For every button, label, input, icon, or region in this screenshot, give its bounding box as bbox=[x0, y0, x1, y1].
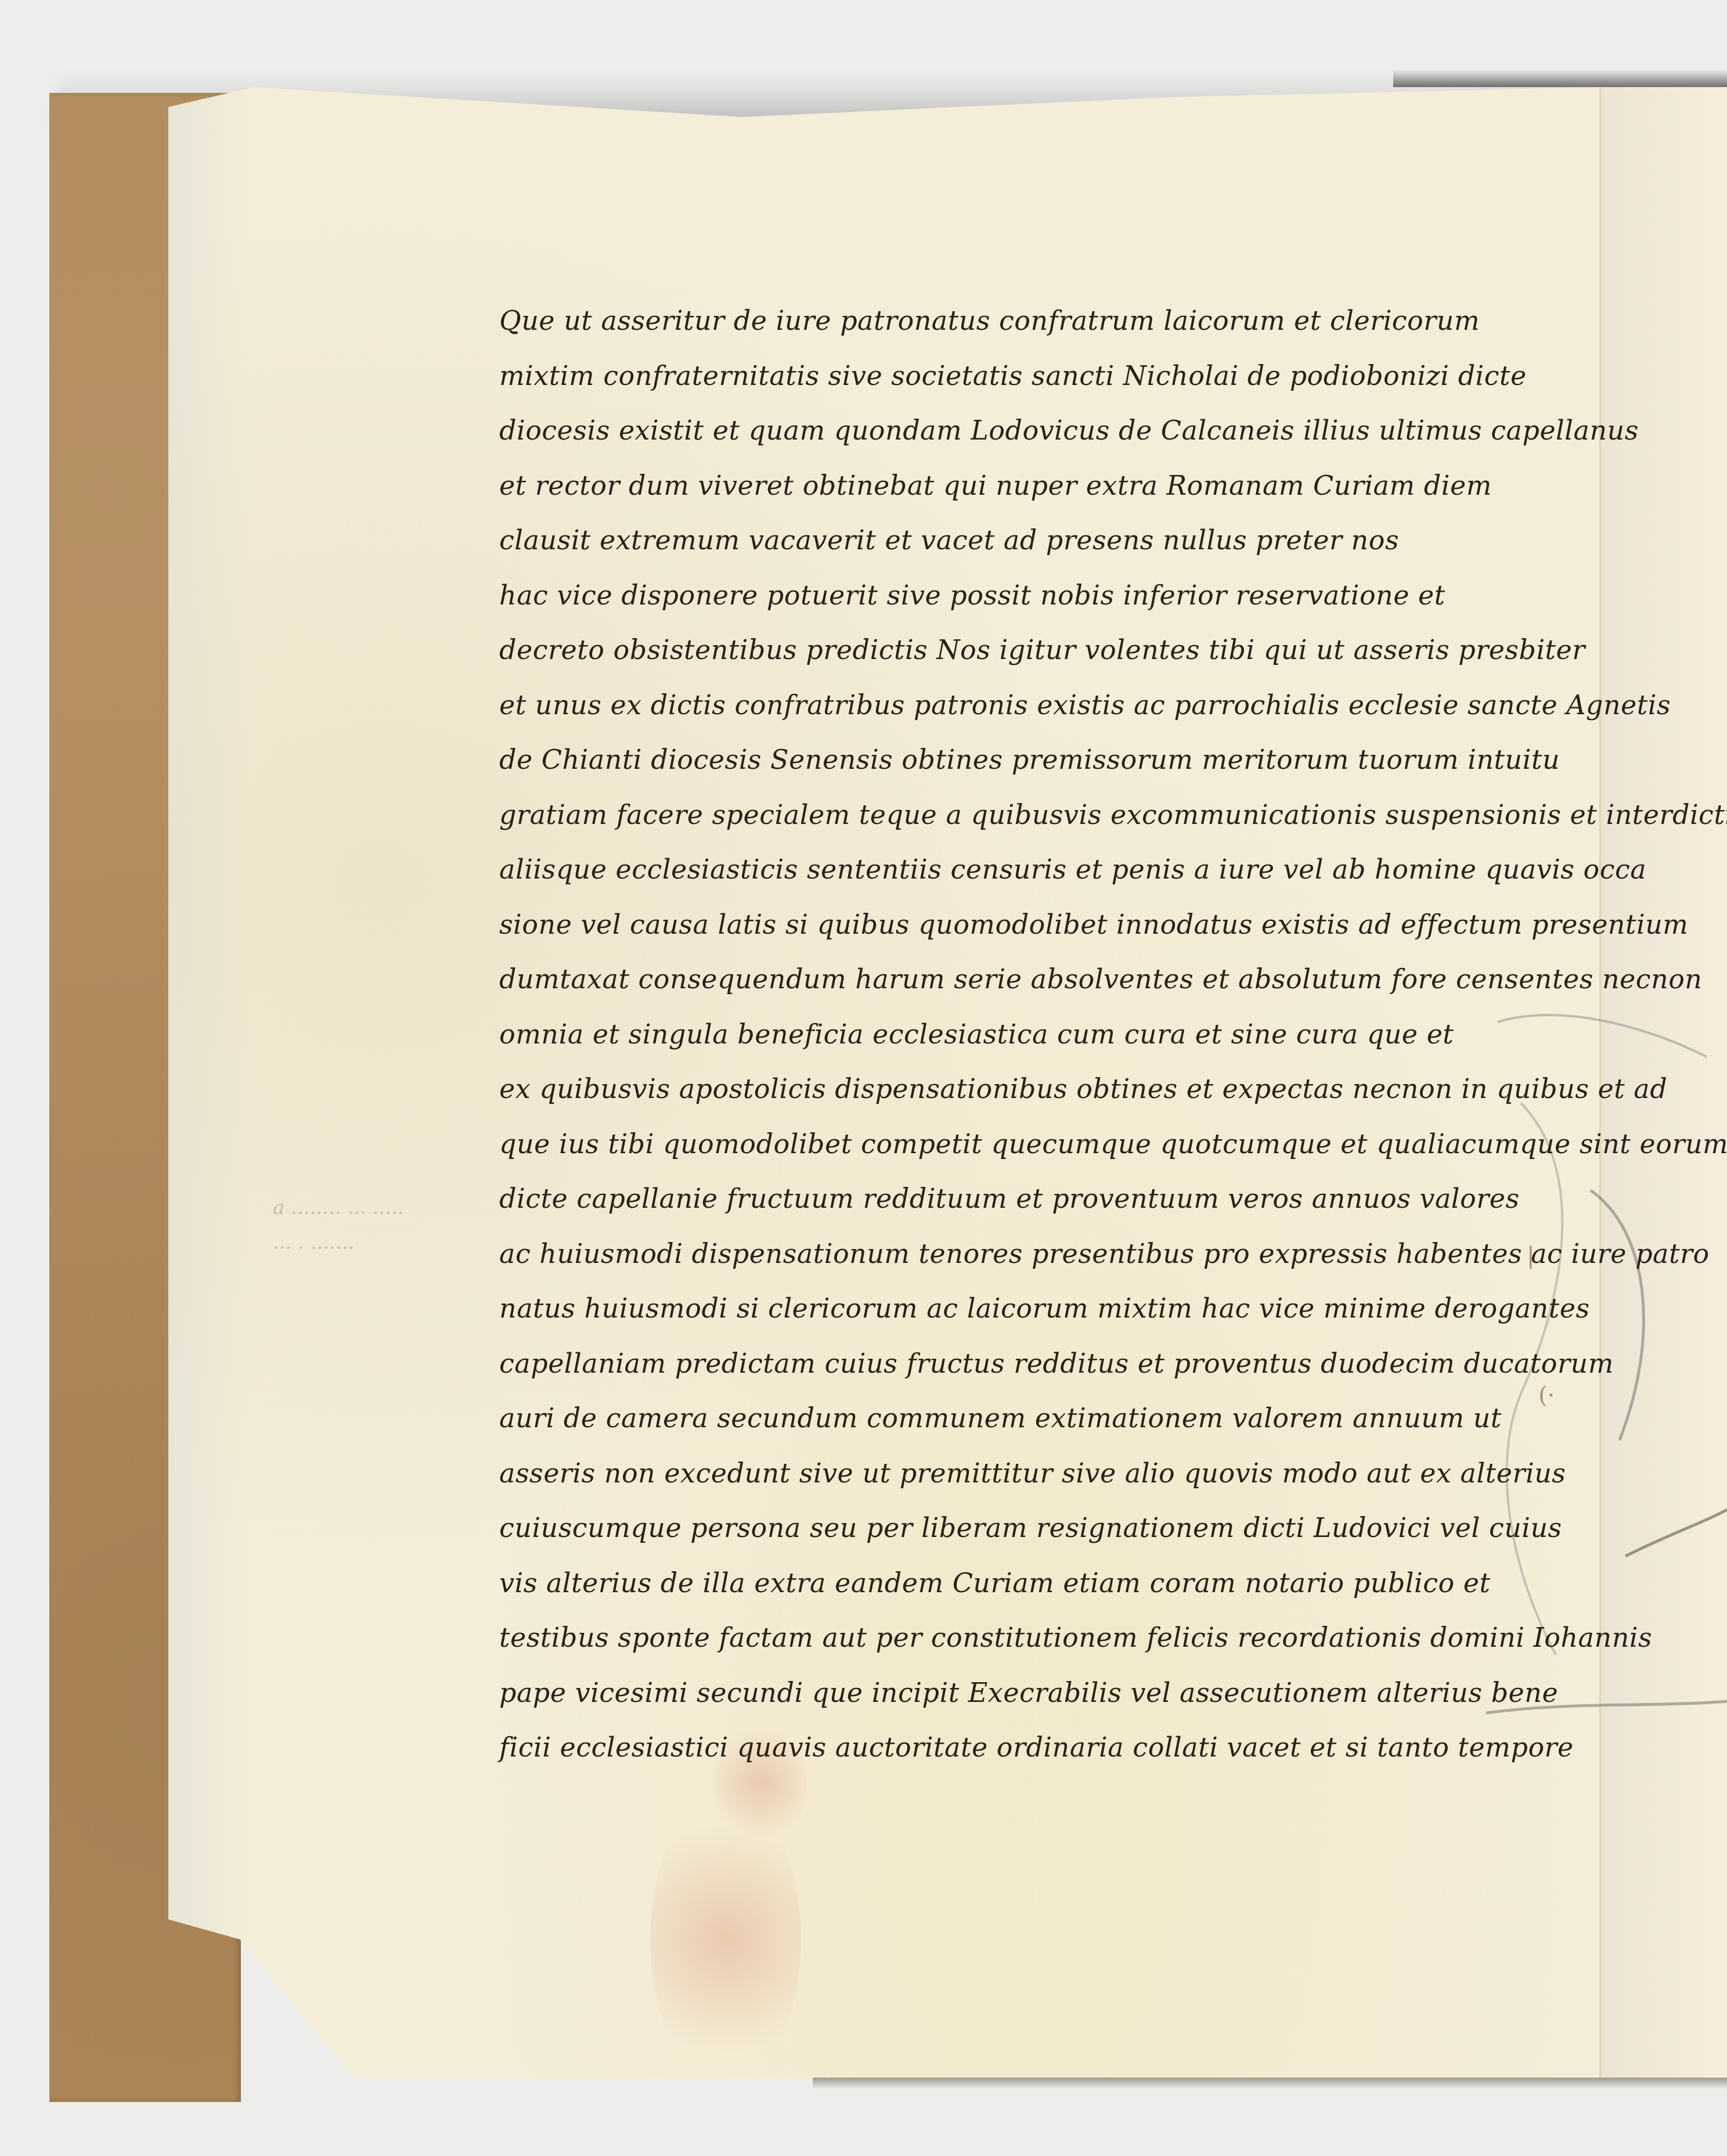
text-line: diocesis existit et quam quondam Lodovic… bbox=[499, 403, 1579, 458]
bleed-through-text: ... . ....... bbox=[273, 1231, 355, 1254]
text-line: decreto obsistentibus predictis Nos igit… bbox=[499, 622, 1579, 678]
text-line: capellaniam predictam cuius fructus redd… bbox=[499, 1336, 1579, 1391]
text-line: aliisque ecclesiasticis sententiis censu… bbox=[499, 842, 1579, 897]
text-line: dicte capellanie fructuum reddituum et p… bbox=[499, 1171, 1579, 1226]
text-line: sione vel causa latis si quibus quomodol… bbox=[499, 897, 1579, 952]
page-bottom-edge bbox=[813, 2078, 1727, 2089]
text-line: ac huiusmodi dispensationum tenores pres… bbox=[499, 1226, 1579, 1282]
text-line: mixtim confraternitatis sive societatis … bbox=[499, 348, 1579, 404]
text-line: clausit extremum vacaverit et vacet ad p… bbox=[499, 513, 1579, 568]
text-line: vis alterius de illa extra eandem Curiam… bbox=[499, 1556, 1579, 1611]
text-line: omnia et singula beneficia ecclesiastica… bbox=[499, 1007, 1579, 1062]
text-line: testibus sponte factam aut per constitut… bbox=[499, 1610, 1579, 1665]
text-line: que ius tibi quomodolibet competit quecu… bbox=[499, 1117, 1579, 1172]
text-line: et unus ex dictis confratribus patronis … bbox=[499, 678, 1579, 733]
text-line: Que ut asseritur de iure patronatus conf… bbox=[499, 293, 1579, 348]
text-line: ficii ecclesiastici quavis auctoritate o… bbox=[499, 1720, 1579, 1775]
text-line: asseris non excedunt sive ut premittitur… bbox=[499, 1446, 1579, 1501]
text-line: dumtaxat consequendum harum serie absolv… bbox=[499, 952, 1579, 1007]
facing-page-top-edge bbox=[1393, 70, 1727, 87]
text-line: de Chianti diocesis Senensis obtines pre… bbox=[499, 732, 1579, 787]
text-line: auri de camera secundum communem extimat… bbox=[499, 1391, 1579, 1446]
bleed-through-text: a ........ ... ..... bbox=[273, 1196, 404, 1219]
text-line: pape vicesimi secundi que incipit Execra… bbox=[499, 1665, 1579, 1721]
text-line: natus huiusmodi si clericorum ac laicoru… bbox=[499, 1281, 1579, 1336]
text-line: ex quibusvis apostolicis dispensationibu… bbox=[499, 1061, 1579, 1117]
text-line: gratiam facere specialem teque a quibusv… bbox=[499, 787, 1579, 843]
text-line: et rector dum viveret obtinebat qui nupe… bbox=[499, 458, 1579, 513]
text-line: hac vice disponere potuerit sive possit … bbox=[499, 568, 1579, 623]
text-line: cuiuscumque persona seu per liberam resi… bbox=[499, 1500, 1579, 1556]
manuscript-text: Que ut asseritur de iure patronatus conf… bbox=[499, 293, 1579, 1775]
